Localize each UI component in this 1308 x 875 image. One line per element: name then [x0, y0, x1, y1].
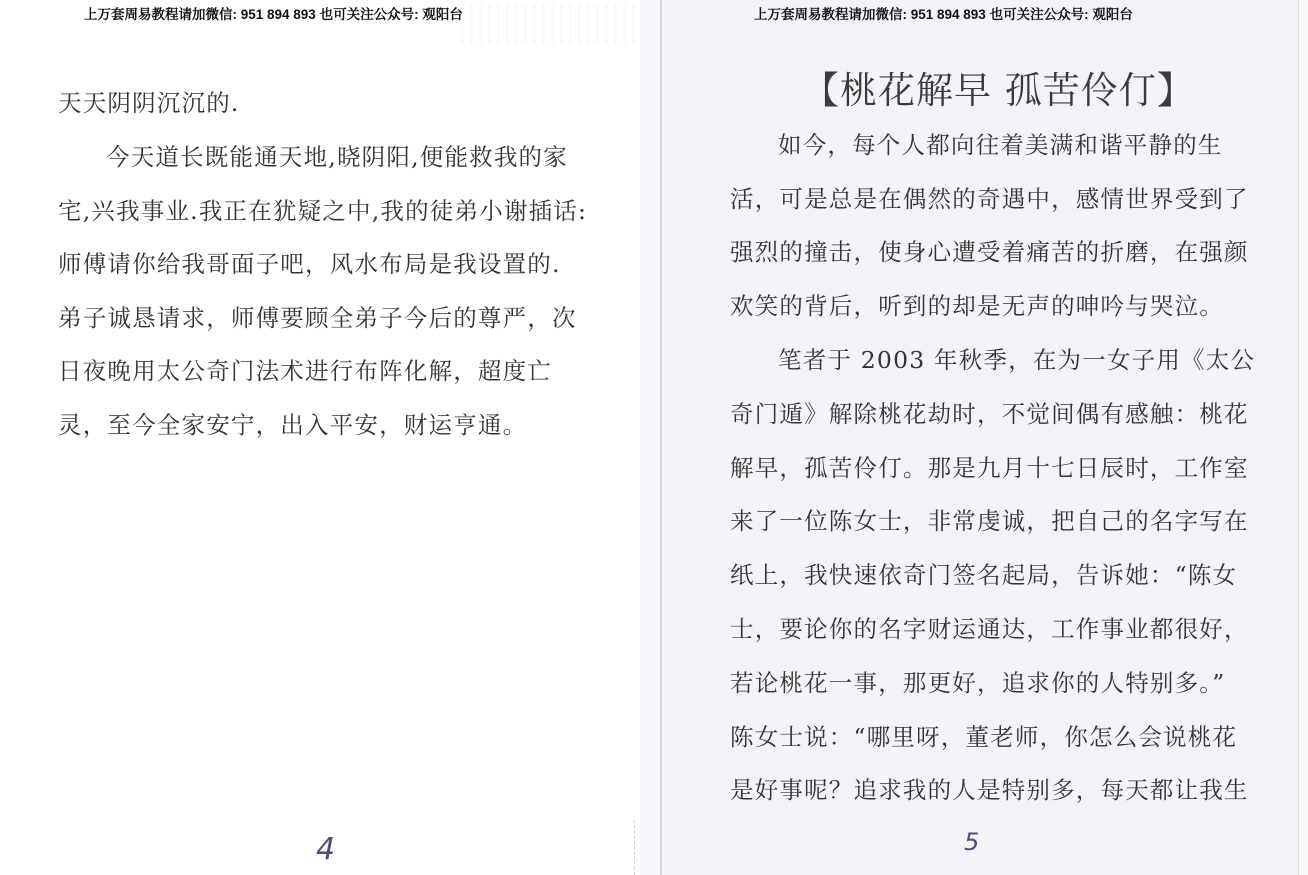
text-line: 天天阴阴沉沉的. — [58, 84, 240, 118]
scan-noise — [455, 4, 635, 44]
text-line: 欢笑的背后，听到的却是无声的呻吟与哭泣。 — [730, 287, 1224, 321]
left-page: 上万套周易教程请加微信: 951 894 893 也可关注公众号: 观阳台 天天… — [0, 0, 640, 875]
text-line: 陈女士说：“哪里呀，董老师，你怎么会说桃花 — [730, 718, 1237, 752]
text-line: 是好事呢？追求我的人是特别多，每天都让我生 — [730, 771, 1249, 805]
scan-edge — [626, 820, 635, 875]
text-line: 活，可是总是在偶然的奇遇中，感情世界受到了 — [730, 180, 1249, 214]
page-number: 4 — [316, 832, 335, 867]
text-line: 弟子诚恳请求，师傅要顾全弟子今后的尊严，次 — [58, 299, 577, 333]
text-line: 纸上，我快速依奇门签名起局，告诉她：“陈女 — [730, 556, 1237, 590]
header-banner: 上万套周易教程请加微信: 951 894 893 也可关注公众号: 观阳台 — [754, 3, 1133, 23]
text-line: 奇门遁》解除桃花劫时，不觉间偶有感触：桃花 — [730, 395, 1249, 429]
page-edge — [1298, 0, 1308, 875]
page-gutter — [640, 0, 660, 875]
text-line: 若论桃花一事，那更好，追求你的人特别多。” — [730, 664, 1225, 698]
text-line: 来了一位陈女士，非常虔诚，把自己的名字写在 — [730, 502, 1249, 536]
header-banner: 上万套周易教程请加微信: 951 894 893 也可关注公众号: 观阳台 — [84, 3, 463, 23]
chapter-title: 【桃花解早 孤苦伶仃】 — [802, 60, 1195, 114]
text-line: 灵，至今全家安宁，出入平安，财运亨通。 — [58, 406, 527, 440]
right-page: 上万套周易教程请加微信: 951 894 893 也可关注公众号: 观阳台 【桃… — [660, 0, 1298, 875]
text-line: 强烈的撞击，使身心遭受着痛苦的折磨，在强颜 — [730, 233, 1249, 267]
text-line: 今天道长既能通天地,晓阴阳,便能救我的家 — [58, 138, 568, 172]
page-number: 5 — [964, 828, 979, 856]
text-line: 师傅请你给我哥面子吧，风水布局是我设置的. — [58, 245, 561, 279]
text-line: 如今，每个人都向往着美满和谐平静的生 — [730, 126, 1223, 160]
book-spread: 上万套周易教程请加微信: 951 894 893 也可关注公众号: 观阳台 天天… — [0, 0, 1308, 875]
text-line: 士，要论你的名字财运通达，工作事业都很好， — [730, 610, 1249, 644]
text-line: 日夜晚用太公奇门法术进行布阵化解，超度亡 — [58, 352, 552, 386]
text-line: 宅,兴我事业.我正在犹疑之中,我的徒弟小谢插话: — [58, 192, 587, 226]
text-line: 解早，孤苦伶仃。那是九月十七日辰时，工作室 — [730, 449, 1249, 483]
text-line: 笔者于 2003 年秋季，在为一女子用《太公 — [730, 341, 1255, 375]
